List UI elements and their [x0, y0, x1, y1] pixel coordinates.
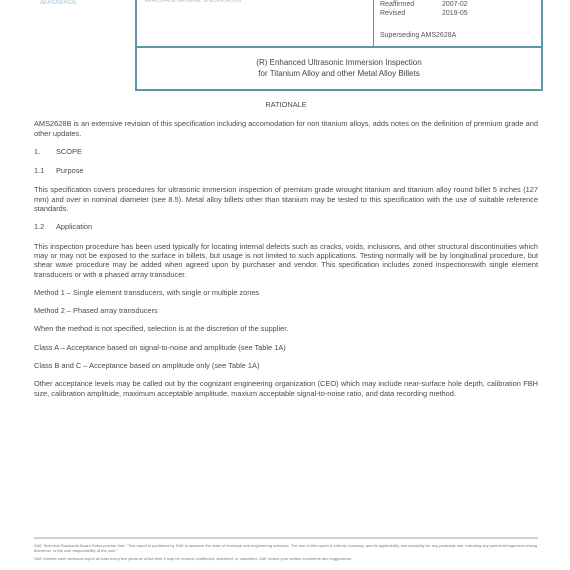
section-application-heading: 1.2Application [34, 222, 538, 231]
class-bc-text: Class B and C – Acceptance based on ampl… [34, 361, 538, 370]
class-a-text: Class A – Acceptance based on signal-to-… [34, 343, 538, 352]
section-title: SCOPE [56, 147, 82, 156]
method-note-text: When the method is not specified, select… [34, 324, 538, 333]
section-purpose-heading: 1.1Purpose [34, 166, 538, 175]
specification-type: AEROSPACE MATERIAL SPECIFICATION [145, 0, 241, 4]
footer-review-note: SAE reviews each technical report at lea… [34, 556, 538, 561]
rationale-text: AMS2628B is an extensive revision of thi… [34, 119, 538, 138]
application-text: This inspection procedure has been used … [34, 242, 538, 279]
revision-info-panel: Reaffirmed 2007-02 Revised 2019-05 Super… [373, 0, 543, 46]
reaffirmed-row: Reaffirmed 2007-02 [380, 1, 500, 8]
method-2-text: Method 2 – Phased array transducers [34, 306, 538, 315]
section-scope-heading: 1.SCOPE [34, 147, 538, 156]
section-number: 1.2 [34, 222, 56, 231]
purpose-text: This specification covers procedures for… [34, 185, 538, 213]
reaffirmed-label: Reaffirmed [380, 1, 442, 8]
section-number: 1.1 [34, 166, 56, 175]
section-title: Application [56, 222, 92, 231]
publisher-logo: AEROSPACE [40, 0, 130, 8]
document-header-box: AEROSPACE MATERIAL SPECIFICATION Reaffir… [135, 0, 543, 48]
other-levels-text: Other acceptance levels may be called ou… [34, 379, 538, 398]
rationale-heading: RATIONALE [34, 100, 538, 109]
title-line-1: (R) Enhanced Ultrasonic Immersion Inspec… [137, 57, 541, 68]
revised-label: Revised [380, 10, 442, 17]
revised-row: Revised 2019-05 [380, 10, 500, 17]
document-body: RATIONALE AMS2628B is an extensive revis… [34, 100, 538, 407]
method-1-text: Method 1 – Single element transducers, w… [34, 288, 538, 297]
superseding-note: Superseding AMS2628A [380, 32, 456, 39]
document-footer: SAE Technical Standards Board Rules prov… [34, 537, 538, 564]
title-line-2: for Titanium Alloy and other Metal Alloy… [137, 68, 541, 79]
revised-date: 2019-05 [442, 10, 468, 17]
document-title: (R) Enhanced Ultrasonic Immersion Inspec… [135, 46, 543, 91]
section-number: 1. [34, 147, 56, 156]
footer-disclaimer: SAE Technical Standards Board Rules prov… [34, 543, 538, 553]
reaffirmed-date: 2007-02 [442, 1, 468, 8]
section-title: Purpose [56, 166, 84, 175]
